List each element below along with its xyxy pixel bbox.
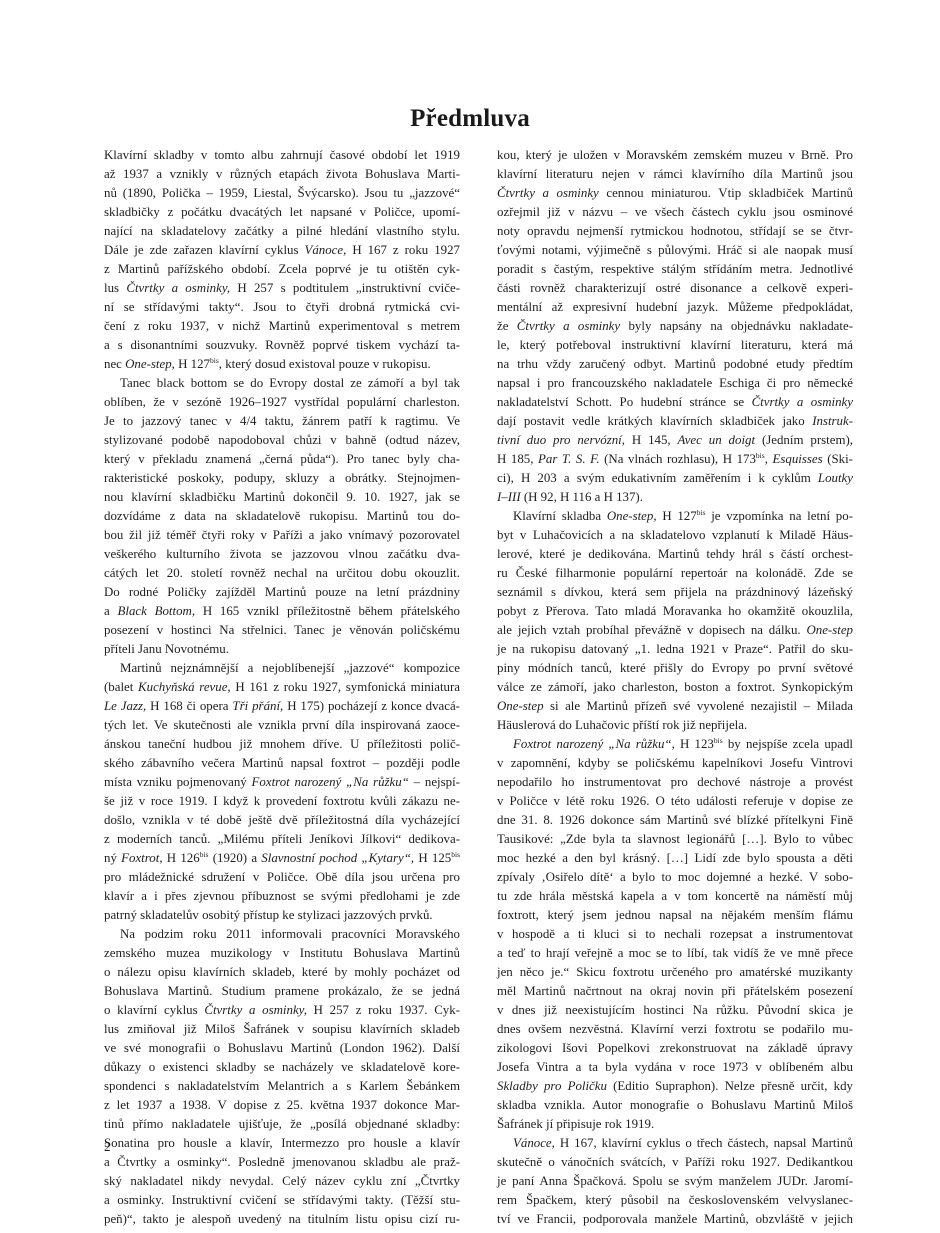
text-line: nů (1890, Polička – 1959, Liestal, Švýca… (104, 184, 460, 203)
text-line: ský nakladatel nikdy nevydal. Celý název… (104, 1172, 460, 1191)
text-line: Čtvrtky a osminky cennou miniaturou. Vti… (497, 184, 853, 203)
text-line: moc hezké a den byl krásný. […] Lidí zde… (497, 849, 853, 868)
text-line: došlo, vznikla v té době ještě dvě příle… (104, 811, 460, 830)
text-line: ru České filharmonie populární repertoár… (497, 564, 853, 583)
text-line: místa vzniku pojmenovaný Foxtrot narozen… (104, 773, 460, 792)
text-line: Bohuslava Martinů. Studium pramene proká… (104, 982, 460, 1001)
text-line: dají postavit vedle krátkých klavírních … (497, 412, 853, 431)
text-line: a Čtvrtky a osminky“. Posledně jmenovano… (104, 1153, 460, 1172)
text-line: rem Špačkem, který působil na českoslove… (497, 1191, 853, 1210)
text-line: skladba vznikla. Autor monografie o Bohu… (497, 1096, 853, 1115)
text-line: nec One-step, H 127bis, který dosud exis… (104, 355, 460, 374)
text-line: Šafránek jí připisuje rok 1919. (497, 1115, 853, 1134)
text-line: ci), H 203 a svým edukativním zaměřením … (497, 469, 853, 488)
text-line: (balet Kuchyňská revue, H 161 z roku 192… (104, 678, 460, 697)
text-line: Do rodné Poličky zajížděl Martinů pouze … (104, 583, 460, 602)
text-line: Häuslerová do Luhačovic příští rok již n… (497, 716, 853, 735)
text-line: lus zmiňoval již Miloš Šafránek v soupis… (104, 1020, 460, 1039)
text-line: mentální až expresivní hudební jazyk. Mů… (497, 298, 853, 317)
text-line: ského zábavního večera Martinů napsal fo… (104, 754, 460, 773)
text-line: poradit s častým, respektive stálým stří… (497, 260, 853, 279)
text-line: válce ze zámoří, jako charleston, boston… (497, 678, 853, 697)
text-line: nakladatelství Schott. Po hudební stránc… (497, 393, 853, 412)
text-line: z let 1937 a 1938. V dopise z 25. května… (104, 1096, 460, 1115)
text-line: o nálezu opisu klavírních skladeb, které… (104, 963, 460, 982)
page-number: 2 (104, 1139, 111, 1155)
text-line: Tausikové: „Zde byla ta slavnost legioná… (497, 830, 853, 849)
text-line: One-step si ale Martinů přízeň své vyvol… (497, 697, 853, 716)
text-line: Tanec black bottom se do Evropy dostal z… (104, 374, 460, 393)
text-line: Vánoce, H 167, klavírní cyklus o třech č… (497, 1134, 853, 1153)
text-line: veškerého kulturního života se jazzovou … (104, 545, 460, 564)
text-line: v dnes již neexistujícím hostinci Na růž… (497, 1001, 853, 1020)
text-line: Le Jazz, H 168 či opera Tři přání, H 175… (104, 697, 460, 716)
page-title: Předmluva (0, 105, 940, 133)
text-line: H 185, Par T. S. F. (Na vlnách rozhlasu)… (497, 450, 853, 469)
text-line: stylizované podobě napodoboval chůzi v b… (104, 431, 460, 450)
text-line: byt v Luhačovicích a na skladatelovo vzp… (497, 526, 853, 545)
text-line: Martinů nejznámnější a nejoblíbenejší „j… (104, 659, 460, 678)
text-line: peň)“, takto je alespoň uvedený na titul… (104, 1210, 460, 1229)
text-line: a osminky. Instruktivní cvičení se stříd… (104, 1191, 460, 1210)
text-line: Sonatina pro housle a klavír, Intermezzo… (104, 1134, 460, 1153)
text-line: Skladby pro Poličku (Editio Supraphon). … (497, 1077, 853, 1096)
text-line: nou klavírní skladbičku Martinů dokončil… (104, 488, 460, 507)
text-line: Na podzim roku 2011 informovali pracovní… (104, 925, 460, 944)
text-line: lerové, které je dedikována. Martinů teh… (497, 545, 853, 564)
text-line: nající na skladatelovy začátky a pilné h… (104, 222, 460, 241)
text-line: tých let. Ve skutečnosti ale vznikla prv… (104, 716, 460, 735)
text-line: oblíben, že v sezóně 1926–1927 vystřídal… (104, 393, 460, 412)
text-line: napsal i pro francouzského nakladatele E… (497, 374, 853, 393)
text-line: z moderních tanců. „Milému příteli Jeník… (104, 830, 460, 849)
text-line: spondenci s nakladatelstvím Melantrich a… (104, 1077, 460, 1096)
text-line: skladbičky z počátku dvacátých let napsa… (104, 203, 460, 222)
text-line: cátých let 20. století rovněž nechal na … (104, 564, 460, 583)
text-line: Je to jazzový tanec v 4/4 taktu, žánrem … (104, 412, 460, 431)
text-line: le, který potřeboval instruktivní klavír… (497, 336, 853, 355)
text-line: Klavírní skladby v tomto albu zahrnují č… (104, 146, 460, 165)
text-line: lus Čtvrtky a osminky, H 257 s podtitule… (104, 279, 460, 298)
right-text-column: kou, který je uložen v Moravském zemském… (497, 146, 853, 1229)
text-line: důkazy o existenci skladby se nacházely … (104, 1058, 460, 1077)
text-line: Josefa Vintra a ta byla vydána v roce 19… (497, 1058, 853, 1077)
text-line: ný Foxtrot, H 126bis (1920) a Slavnostní… (104, 849, 460, 868)
text-line: v hospodě a ti kluci si to nechali rozep… (497, 925, 853, 944)
text-line: seznámil s dívkou, která sem přijela na … (497, 583, 853, 602)
text-line: Foxtrot narozený „Na růžku“, H 123bis by… (497, 735, 853, 754)
text-line: bou žil již téměř čtyři roky v Paříži a … (104, 526, 460, 545)
text-line: čení z roku 1937, v nichž Martinů experi… (104, 317, 460, 336)
text-line: piny módních tanců, které přišly do Evro… (497, 659, 853, 678)
text-line: pobyt z Přerova. Tato mladá Moravanka ho… (497, 602, 853, 621)
text-line: že Čtvrtky a osminky byly napsány na obj… (497, 317, 853, 336)
text-line: nepodařilo ho instrumentovat pro dechové… (497, 773, 853, 792)
left-text-column: Klavírní skladby v tomto albu zahrnují č… (104, 146, 460, 1229)
text-line: ťovými notami, výjimečně s půlovými. Hrá… (497, 241, 853, 260)
text-line: foxtrott, který jsem jednou napsal na ně… (497, 906, 853, 925)
text-line: ní se střídavými takty“. Jsou to čtyři d… (104, 298, 460, 317)
text-line: ánskou taneční hudbou již mnohem dříve. … (104, 735, 460, 754)
text-line: je na rukopisu datovaný „1. ledna 1921 v… (497, 640, 853, 659)
text-line: I–III (H 92, H 116 a H 137). (497, 488, 853, 507)
text-line: skutečně o vánočních svátcích, v Paříži … (497, 1153, 853, 1172)
text-line: rakteristické poskoky, podupy, skluzy a … (104, 469, 460, 488)
text-line: měl Martinů načrtnout na okraj novin při… (497, 982, 853, 1001)
text-line: zpívaly ‚Osiřelo dítě‘ a bylo to moc doj… (497, 868, 853, 887)
text-line: še již v roce 1919. I když k provedení f… (104, 792, 460, 811)
text-line: který v překladu znamená „černá půda“). … (104, 450, 460, 469)
text-line: patrný skladatelův osobitý přístup ke st… (104, 906, 460, 925)
text-line: a s disonantními souzvuky. Rovněž poprvé… (104, 336, 460, 355)
text-line: Klavírní skladba One-step, H 127bis je v… (497, 507, 853, 526)
text-line: části rovněž charakterizují ostré disona… (497, 279, 853, 298)
text-line: ale jejich vztah probíhal převážně v dop… (497, 621, 853, 640)
text-line: dne 31. 8. 1926 dokonce sám Martinů své … (497, 811, 853, 830)
text-line: posezení v hostinci Na střelnici. Tanec … (104, 621, 460, 640)
text-line: v Poličce v létě roku 1926. O této událo… (497, 792, 853, 811)
text-line: a teď to hrají veřejně a moc se to líbí,… (497, 944, 853, 963)
text-line: Dále je zde zařazen klavírní cyklus Váno… (104, 241, 460, 260)
text-line: klavírní literaturu nejen v rámci klavír… (497, 165, 853, 184)
text-line: na trhu vždy zaručený odbyt. Martinů pod… (497, 355, 853, 374)
text-line: je paní Anna Špačková. Spolu se svým man… (497, 1172, 853, 1191)
text-line: z Martinů pařížského období. Zcela poprv… (104, 260, 460, 279)
text-line: dozvídáme z data na skladatelově rukopis… (104, 507, 460, 526)
text-line: ozřejmil již v názvu – ve všech částech … (497, 203, 853, 222)
text-line: klavír a i přes zjevnou příbuznost se sv… (104, 887, 460, 906)
text-line: tví ve Francii, podporovala manžele Mart… (497, 1210, 853, 1229)
text-line: o klavírní cyklus Čtvrtky a osminky, H 2… (104, 1001, 460, 1020)
text-line: dnes ovšem nezvěstná. Klavírní verzi fox… (497, 1020, 853, 1039)
text-line: ve své monografii o Bohuslavu Martinů (L… (104, 1039, 460, 1058)
text-line: a Black Bottom, H 165 vznikl příležitost… (104, 602, 460, 621)
text-line: v zapomnění, kdyby se poličskému kapelní… (497, 754, 853, 773)
text-line: tinů přímo nakladatele ujišťuje, že „pos… (104, 1115, 460, 1134)
text-line: zikologovi Išovi Popelkovi zrekonstruova… (497, 1039, 853, 1058)
text-line: tu zde hrála městská kapela a v tom konc… (497, 887, 853, 906)
text-line: jen něco je.“ Skicu foxtrotu určeného pr… (497, 963, 853, 982)
text-line: až 1937 a vznikly v různých etapách živo… (104, 165, 460, 184)
text-line: příteli Janu Novotnému. (104, 640, 460, 659)
text-line: noty opravdu nejmenší rytmickou hodnotou… (497, 222, 853, 241)
text-line: kou, který je uložen v Moravském zemském… (497, 146, 853, 165)
text-line: pro mládežnické sdružení v Poličce. Obě … (104, 868, 460, 887)
text-line: zemského muzea muzikology v Institutu Bo… (104, 944, 460, 963)
text-line: tivní duo pro nervózní, H 145, Avec un d… (497, 431, 853, 450)
